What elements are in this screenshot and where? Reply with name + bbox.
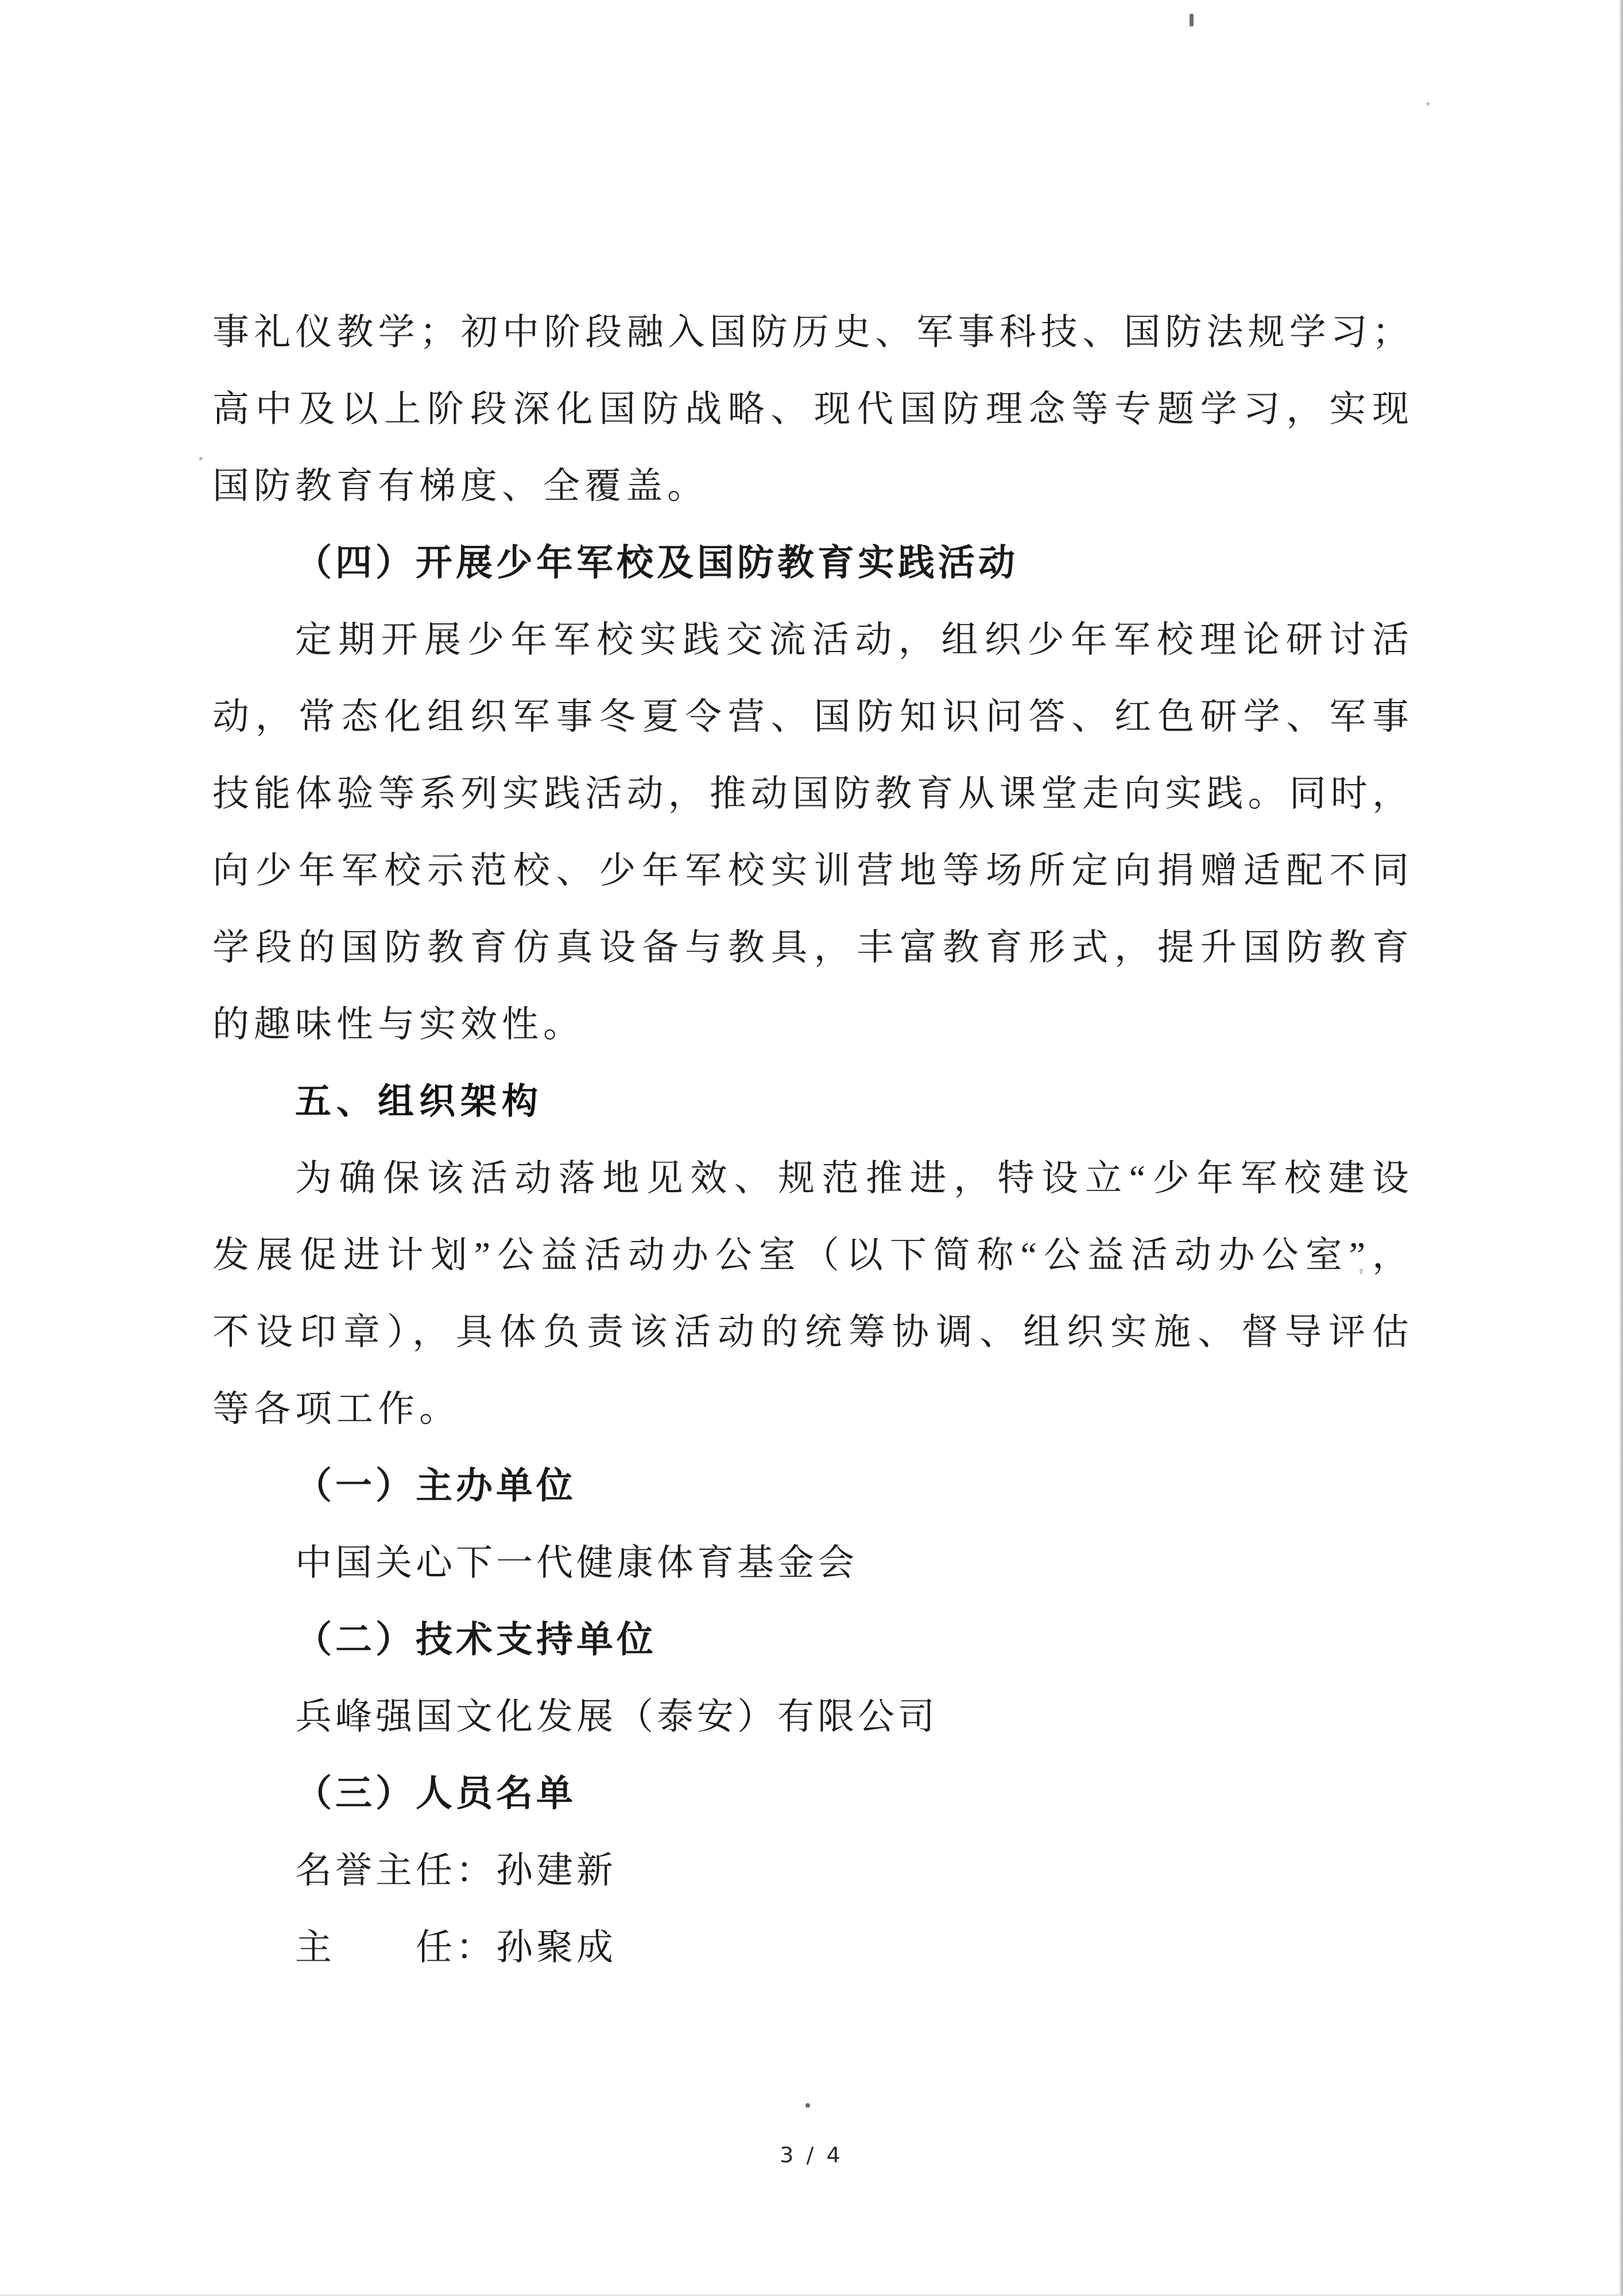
scan-speck [1190,14,1194,26]
honorary-director-line: 名誉主任：孙建新 [212,1832,1413,1909]
director-line: 主 任：孙聚成 [212,1909,1413,1986]
body-line: 为确保该活动落地见效、规范推进，特设立“少年军校建设 [212,1140,1413,1217]
subsection-heading-three: （三）人员名单 [212,1755,1413,1832]
subsection-heading-two: （二）技术支持单位 [212,1601,1413,1678]
body-line: 动，常态化组织军事冬夏令营、国防知识问答、红色研学、军事 [212,678,1413,755]
subsection-heading-four: （四）开展少年军校及国防教育实践活动 [212,525,1413,602]
body-line: 不设印章），具体负责该活动的统筹协调、组织实施、督导评估 [212,1294,1413,1371]
body-line: 技能体验等系列实践活动，推动国防教育从课堂走向实践。同时， [212,755,1413,832]
subsection-heading-one: （一）主办单位 [212,1448,1413,1525]
body-line: 定期开展少年军校实践交流活动，组织少年军校理论研讨活 [212,602,1413,678]
body-line: 学段的国防教育仿真设备与教具，丰富教育形式，提升国防教育 [212,909,1413,986]
body-line: 高中及以上阶段深化国防战略、现代国防理念等专题学习，实现 [212,371,1413,448]
scan-speck [805,2103,810,2108]
body-line: 国防教育有梯度、全覆盖。 [212,448,1413,525]
scan-edge-artifact [1619,0,1623,2296]
section-heading-five: 五、组织架构 [212,1063,1413,1140]
page-number: 3 / 4 [0,2142,1623,2167]
body-line: 的趣味性与实效性。 [212,986,1413,1063]
organizer-name: 中国关心下一代健康体育基金会 [212,1525,1413,1601]
scan-speck [1359,1269,1363,1274]
scanned-document-page: 事礼仪教学；初中阶段融入国防历史、军事科技、国防法规学习； 高中及以上阶段深化国… [0,0,1623,2296]
scan-speck [199,457,203,460]
document-body: 事礼仪教学；初中阶段融入国防历史、军事科技、国防法规学习； 高中及以上阶段深化国… [212,294,1413,1986]
tech-support-company-name: 兵峰强国文化发展（泰安）有限公司 [212,1678,1413,1755]
body-line: 发展促进计划”公益活动办公室（以下简称“公益活动办公室”， [212,1217,1413,1294]
body-line: 向少年军校示范校、少年军校实训营地等场所定向捐赠适配不同 [212,832,1413,909]
scan-speck [1426,102,1430,106]
body-line: 事礼仪教学；初中阶段融入国防历史、军事科技、国防法规学习； [212,294,1413,371]
body-line: 等各项工作。 [212,1371,1413,1448]
